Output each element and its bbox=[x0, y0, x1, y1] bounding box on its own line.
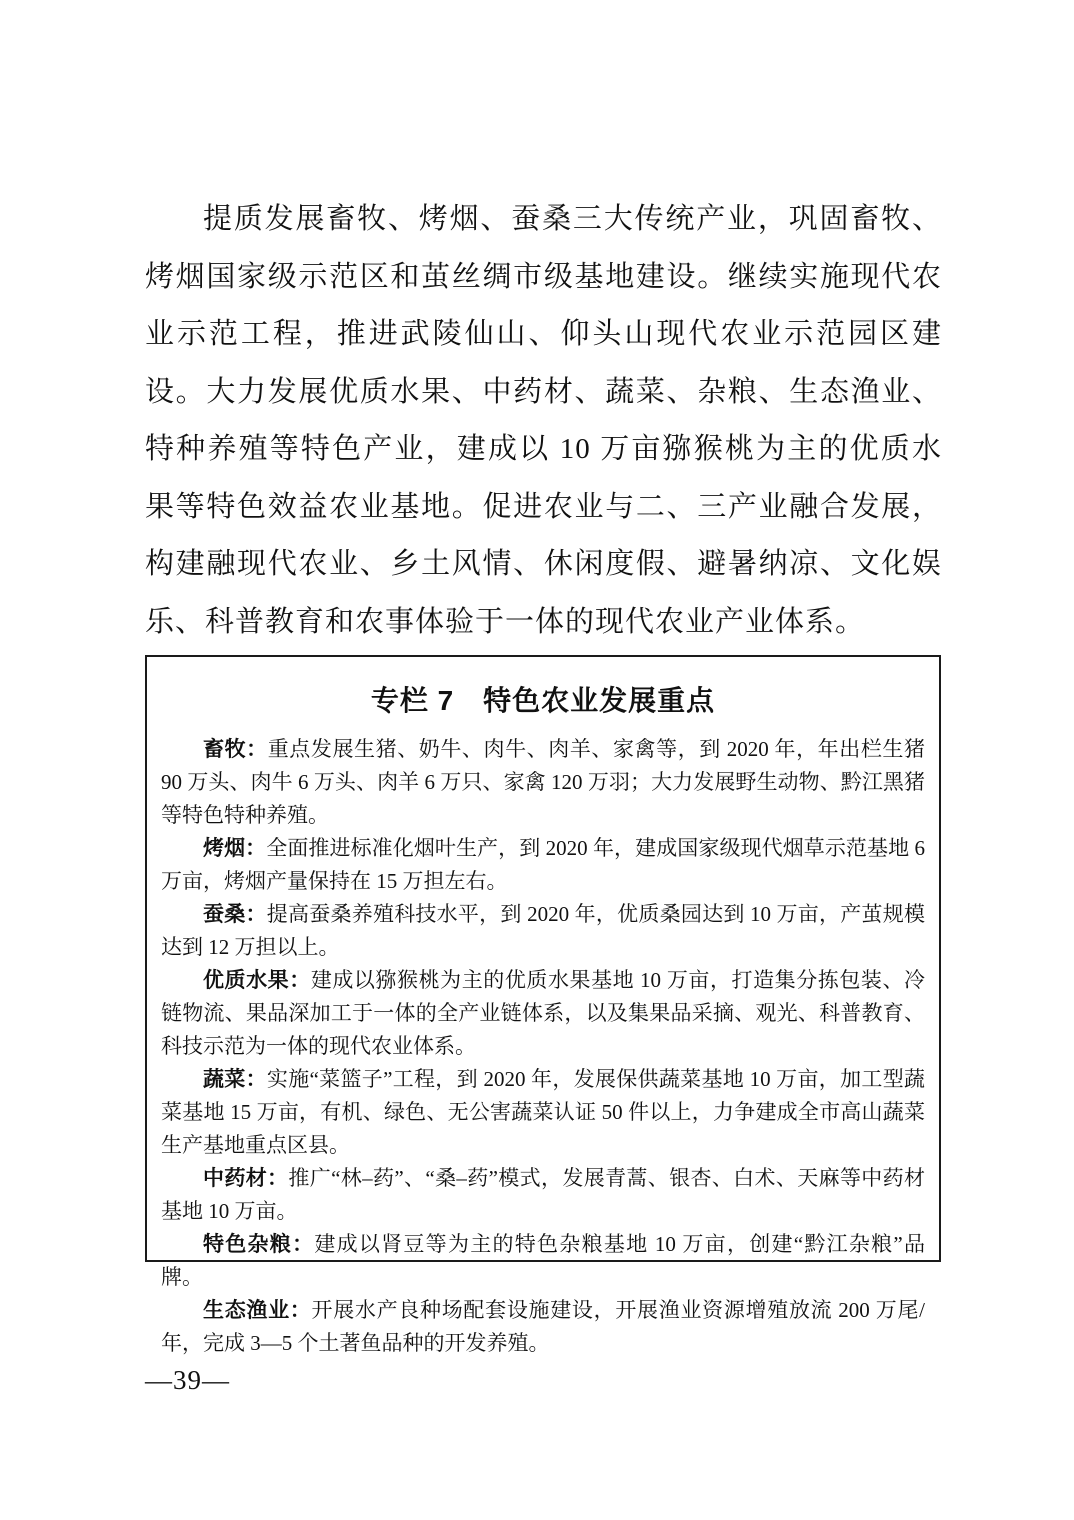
box-item-text: 全面推进标准化烟叶生产，到 2020 年，建成国家级现代烟草示范基地 6 万亩，… bbox=[161, 836, 925, 893]
box-item-livestock: 畜牧：重点发展生猪、奶牛、肉牛、肉羊、家禽等，到 2020 年，年出栏生猪 90… bbox=[147, 733, 939, 832]
box-item-text: 重点发展生猪、奶牛、肉牛、肉羊、家禽等，到 2020 年，年出栏生猪 90 万头… bbox=[161, 737, 925, 827]
box-item-label: 畜牧： bbox=[203, 738, 268, 761]
box-item-vegetables: 蔬菜：实施“菜篮子”工程，到 2020 年，发展保供蔬菜基地 10 万亩，加工型… bbox=[147, 1063, 939, 1162]
box-item-herbs: 中药材：推广“林–药”、“桑–药”模式，发展青蒿、银杏、白术、天麻等中药材基地 … bbox=[147, 1162, 939, 1228]
body-paragraph: 提质发展畜牧、烤烟、蚕桑三大传统产业，巩固畜牧、烤烟国家级示范区和茧丝绸市级基地… bbox=[145, 191, 942, 651]
box-item-label: 优质水果： bbox=[203, 969, 311, 992]
box-item-text: 提高蚕桑养殖科技水平，到 2020 年，优质桑园达到 10 万亩，产茧规模达到 … bbox=[161, 902, 925, 959]
feature-box-column7: 专栏 7 特色农业发展重点 畜牧：重点发展生猪、奶牛、肉牛、肉羊、家禽等，到 2… bbox=[145, 655, 941, 1262]
box-item-sericulture: 蚕桑：提高蚕桑养殖科技水平，到 2020 年，优质桑园达到 10 万亩，产茧规模… bbox=[147, 898, 939, 964]
box-item-label: 蚕桑： bbox=[203, 903, 267, 926]
box-item-fruit: 优质水果：建成以猕猴桃为主的优质水果基地 10 万亩，打造集分拣包装、冷链物流、… bbox=[147, 964, 939, 1063]
box-item-label: 中药材： bbox=[203, 1167, 288, 1190]
box-item-label: 蔬菜： bbox=[203, 1068, 267, 1091]
box-item-fishery: 生态渔业：开展水产良种场配套设施建设，开展渔业资源增殖放流 200 万尾/年，完… bbox=[147, 1294, 939, 1360]
box-item-grains: 特色杂粮：建成以肾豆等为主的特色杂粮基地 10 万亩，创建“黔江杂粮”品牌。 bbox=[147, 1228, 939, 1294]
feature-box-title: 专栏 7 特色农业发展重点 bbox=[147, 679, 939, 719]
box-item-label: 生态渔业： bbox=[203, 1299, 312, 1322]
document-page: 提质发展畜牧、烤烟、蚕桑三大传统产业，巩固畜牧、烤烟国家级示范区和茧丝绸市级基地… bbox=[0, 0, 1074, 1520]
box-item-text: 实施“菜篮子”工程，到 2020 年，发展保供蔬菜基地 10 万亩，加工型蔬菜基… bbox=[161, 1067, 925, 1157]
box-item-label: 特色杂粮： bbox=[203, 1233, 314, 1256]
box-item-tobacco: 烤烟：全面推进标准化烟叶生产，到 2020 年，建成国家级现代烟草示范基地 6 … bbox=[147, 832, 939, 898]
box-item-label: 烤烟： bbox=[203, 837, 266, 860]
page-number: —39— bbox=[145, 1365, 230, 1396]
